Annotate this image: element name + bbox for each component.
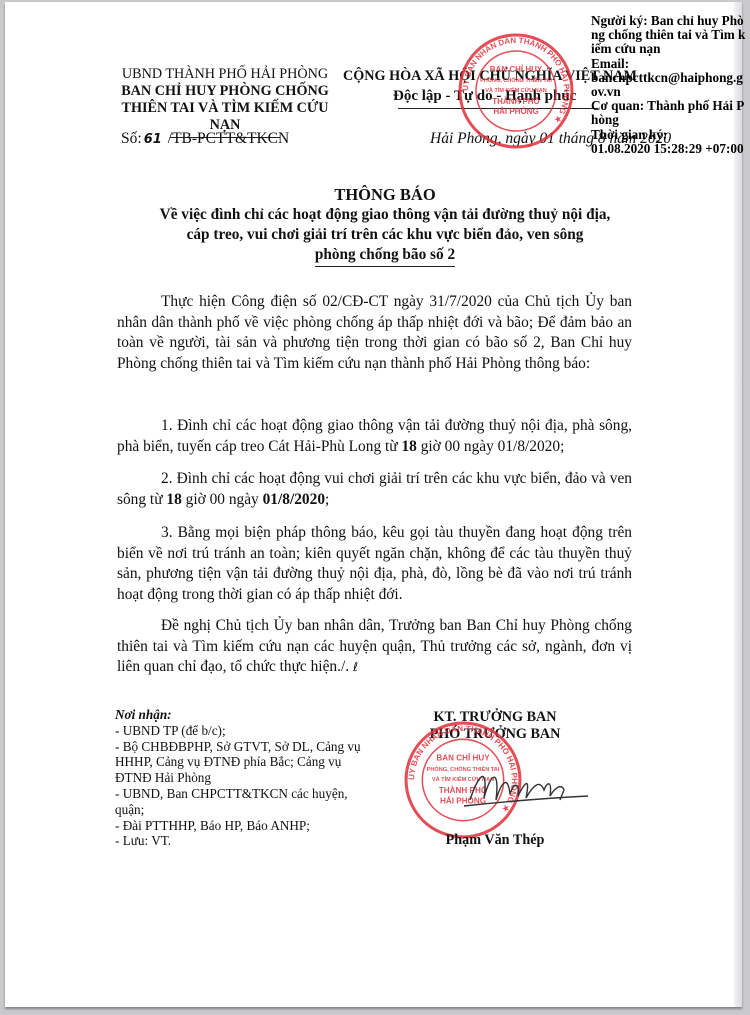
time-value: 01.08.2020 15:28:29 +07:00 [591, 142, 749, 156]
title-subtitle-3: phòng chống bão số 2 [315, 245, 455, 267]
svg-text:HẢI PHÒNG: HẢI PHÒNG [493, 107, 538, 116]
number-prefix: Số: [121, 130, 142, 147]
title-subtitle-1: Về việc đình chỉ các hoạt động giao thôn… [105, 205, 665, 225]
document-page: UBND THÀNH PHỐ HẢI PHÒNG BAN CHỈ HUY PHÒ… [5, 2, 742, 1007]
document-title: THÔNG BÁO Về việc đình chỉ các hoạt động… [105, 185, 665, 267]
issuer-name-line1: BAN CHỈ HUY PHÒNG CHỐNG [105, 83, 345, 100]
document-number: Số:61/TB-PCTT&TKCN [121, 130, 289, 148]
svg-text:PHÒNG, CHỐNG THIÊN TAI: PHÒNG, CHỐNG THIÊN TAI [480, 76, 552, 84]
title-heading: THÔNG BÁO [105, 185, 665, 205]
email-value: banchpcttkcn@haiphong.gov.vn [591, 71, 749, 99]
recipient-item: - UBND, Ban CHPCTT&TKCN các huyện, quận; [115, 786, 365, 818]
body-closing: Đề nghị Chủ tịch Ủy ban nhân dân, Trưởng… [117, 616, 632, 678]
official-stamp-top: ỦY BAN NHÂN DÂN THÀNH PHỐ HẢI PHÒNG ★ BA… [457, 32, 575, 150]
email-label: Email: [591, 57, 749, 71]
svg-text:BAN CHỈ HUY: BAN CHỈ HUY [490, 65, 543, 74]
item1-paragraph: 1. Đình chỉ các hoạt động giao thông vận… [117, 416, 632, 457]
digital-signature-info: Người ký: Ban chỉ huy Phòng chống thiên … [591, 14, 749, 156]
intro-paragraph: Thực hiện Công điện số 02/CĐ-CT ngày 31/… [117, 292, 632, 374]
body-item-1: 1. Đình chỉ các hoạt động giao thông vận… [117, 416, 632, 457]
body-item-2: 2. Đình chỉ các hoạt động vui chơi giải … [117, 469, 632, 510]
item3-paragraph: 3. Bằng mọi biện pháp thông báo, kêu gọi… [117, 523, 632, 605]
signer-name: Phạm Văn Thép [400, 832, 590, 849]
item2-paragraph: 2. Đình chỉ các hoạt động vui chơi giải … [117, 469, 632, 510]
recipient-item: - Lưu: VT. [115, 833, 365, 849]
issuer-header: UBND THÀNH PHỐ HẢI PHÒNG BAN CHỈ HUY PHÒ… [105, 66, 345, 138]
svg-text:VÀ TÌM KIẾM CỨU NẠN: VÀ TÌM KIẾM CỨU NẠN [485, 86, 546, 94]
svg-text:THÀNH PHỐ: THÀNH PHỐ [492, 96, 540, 106]
body-item-3: 3. Bằng mọi biện pháp thông báo, kêu gọi… [117, 523, 632, 605]
closing-paragraph: Đề nghị Chủ tịch Ủy ban nhân dân, Trưởng… [117, 616, 632, 678]
agency-info: Cơ quan: Thành phố Hải Phòng [591, 99, 749, 127]
number-handwritten: 61 [144, 132, 162, 147]
title-subtitle-2: cáp treo, vui chơi giải trí trên các khu… [105, 225, 665, 245]
recipients-heading: Nơi nhận: [115, 707, 365, 723]
initials-mark: ℓ [353, 660, 358, 674]
time-label: Thời gian ký: [591, 128, 749, 142]
body-intro: Thực hiện Công điện số 02/CĐ-CT ngày 31/… [117, 292, 632, 374]
handwritten-signature [460, 760, 590, 825]
recipient-item: - UBND TP (để b/c); [115, 723, 365, 739]
signer-info: Người ký: Ban chỉ huy Phòng chống thiên … [591, 14, 749, 57]
issuer-parent: UBND THÀNH PHỐ HẢI PHÒNG [105, 66, 345, 83]
recipient-item: - Đài PTTHHP, Báo HP, Báo ANHP; [115, 818, 365, 834]
recipient-item: - Bộ CHBĐBPHP, Sở GTVT, Sở DL, Cảng vụ H… [115, 739, 365, 786]
number-suffix: /TB-PCTT&TKCN [168, 130, 289, 147]
recipients-list: Nơi nhận: - UBND TP (để b/c); - Bộ CHBĐB… [115, 707, 365, 849]
issuer-name-line2: THIÊN TAI VÀ TÌM KIẾM CỨU NẠN [105, 100, 345, 134]
